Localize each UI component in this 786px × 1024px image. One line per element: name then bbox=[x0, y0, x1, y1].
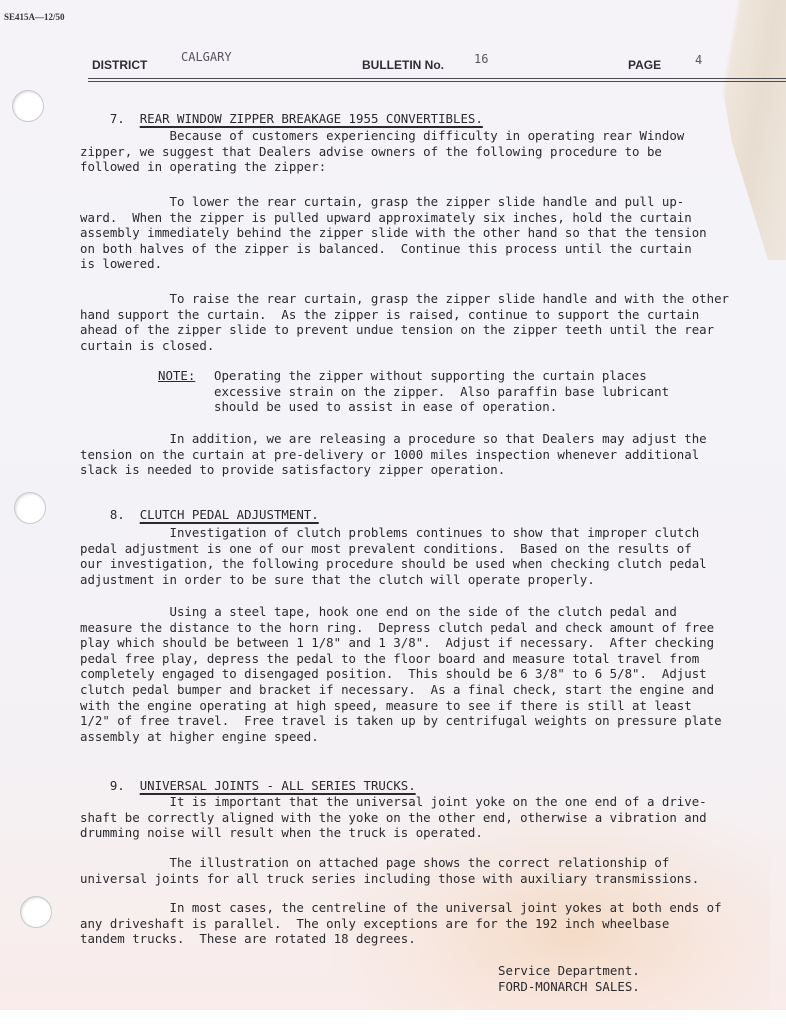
paragraph: In addition, we are releasing a procedur… bbox=[80, 431, 770, 478]
page-number: 4 bbox=[695, 53, 702, 67]
form-code: SE415A—12/50 bbox=[4, 12, 65, 22]
header-rule-top bbox=[88, 78, 786, 79]
paragraph: Using a steel tape, hook one end on the … bbox=[80, 604, 770, 744]
section-number: 9. bbox=[110, 778, 125, 793]
note-label: NOTE: bbox=[158, 368, 195, 383]
header-rule-bottom bbox=[88, 81, 786, 82]
section-title: UNIVERSAL JOINTS - ALL SERIES TRUCKS. bbox=[140, 778, 416, 793]
punch-hole bbox=[20, 896, 52, 928]
section-number: 8. bbox=[110, 507, 125, 522]
paragraph: To lower the rear curtain, grasp the zip… bbox=[80, 194, 770, 272]
paragraph: The illustration on attached page shows … bbox=[80, 855, 770, 886]
section-number: 7. bbox=[110, 111, 125, 126]
punch-hole bbox=[12, 90, 44, 122]
page-label: PAGE bbox=[628, 58, 661, 72]
note-text: Operating the zipper without supporting … bbox=[214, 368, 754, 415]
section-title: CLUTCH PEDAL ADJUSTMENT. bbox=[140, 507, 319, 522]
punch-hole bbox=[14, 492, 46, 524]
paragraph: In most cases, the centreline of the uni… bbox=[80, 900, 770, 947]
paragraph: It is important that the universal joint… bbox=[80, 794, 770, 841]
bulletin-label: BULLETIN No. bbox=[362, 58, 444, 72]
district-value: CALGARY bbox=[181, 50, 232, 64]
paragraph: Because of customers experiencing diffic… bbox=[80, 128, 770, 175]
paragraph: Investigation of clutch problems continu… bbox=[80, 525, 770, 587]
section-title: REAR WINDOW ZIPPER BREAKAGE 1955 CONVERT… bbox=[140, 111, 483, 126]
bulletin-number: 16 bbox=[474, 52, 488, 66]
district-label: DISTRICT bbox=[92, 58, 147, 72]
paragraph: To raise the rear curtain, grasp the zip… bbox=[80, 291, 770, 353]
bulletin-page: SE415A—12/50 DISTRICT CALGARY BULLETIN N… bbox=[0, 0, 786, 1010]
signature-block: Service Department. FORD-MONARCH SALES. bbox=[498, 963, 640, 994]
